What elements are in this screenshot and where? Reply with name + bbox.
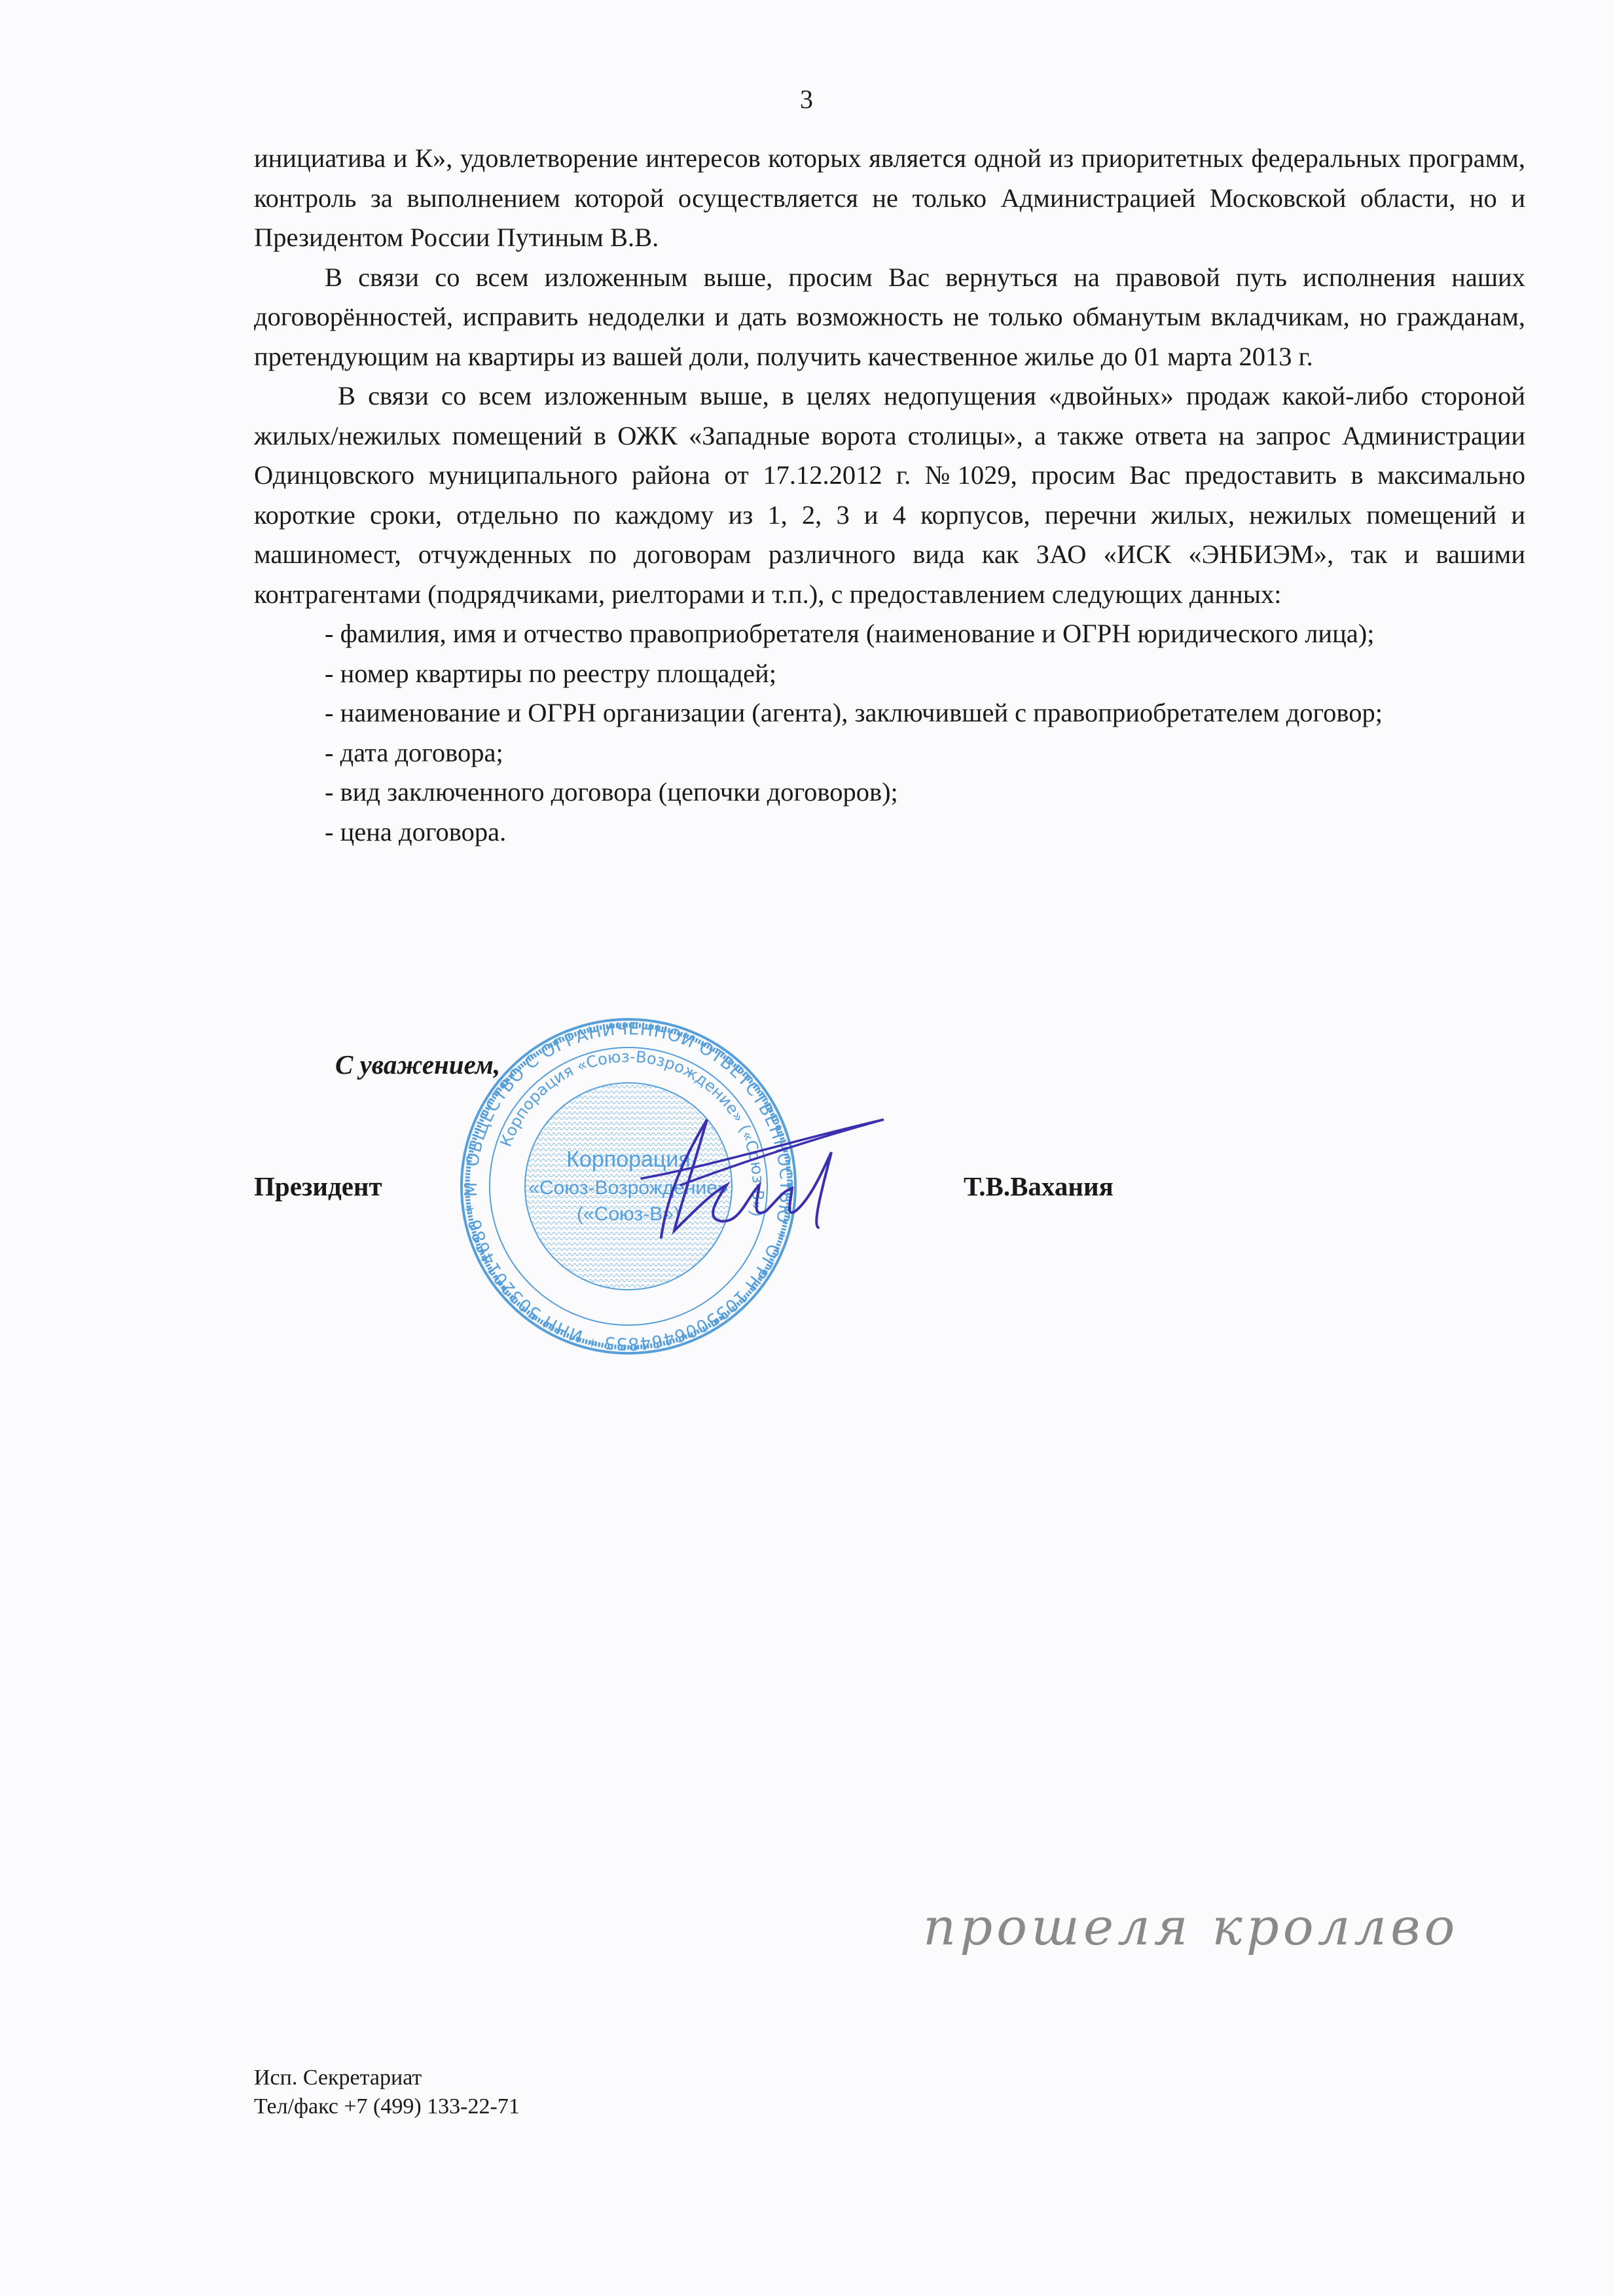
footer-contacts: Исп. Секретариат Тел/факс +7 (499) 133-2… — [254, 2064, 520, 2121]
executor-label: Исп. Секретариат — [254, 2064, 520, 2092]
list-item: - наименование и ОГРН организации (агент… — [254, 693, 1525, 733]
signature-icon — [615, 1113, 890, 1244]
page-number: 3 — [0, 84, 1613, 115]
svg-text:прошеля кроллво: прошеля кроллво — [923, 1898, 1459, 1957]
paragraph-request-return: В связи со всем изложенным выше, просим … — [254, 258, 1525, 377]
phone-fax: Тел/факс +7 (499) 133-22-71 — [254, 2092, 520, 2121]
signer-title: Президент — [254, 1171, 382, 1202]
letter-body: инициатива и К», удовлетворение интересо… — [254, 139, 1525, 852]
signer-name: Т.В.Вахания — [964, 1171, 1114, 1202]
paragraph-request-data: В связи со всем изложенным выше, в целях… — [254, 376, 1525, 614]
list-item: - номер квартиры по реестру площадей; — [254, 654, 1525, 694]
list-item: - вид заключенного договора (цепочки дог… — [254, 773, 1525, 812]
paragraph-continuation: инициатива и К», удовлетворение интересо… — [254, 139, 1525, 258]
closing-salutation: С уважением, — [335, 1049, 500, 1080]
list-item: - дата договора; — [254, 733, 1525, 773]
list-item: - цена договора. — [254, 812, 1525, 852]
list-item: - фамилия, имя и отчество правоприобрета… — [254, 614, 1525, 654]
handwritten-note: прошеля кроллво — [916, 1879, 1538, 1977]
